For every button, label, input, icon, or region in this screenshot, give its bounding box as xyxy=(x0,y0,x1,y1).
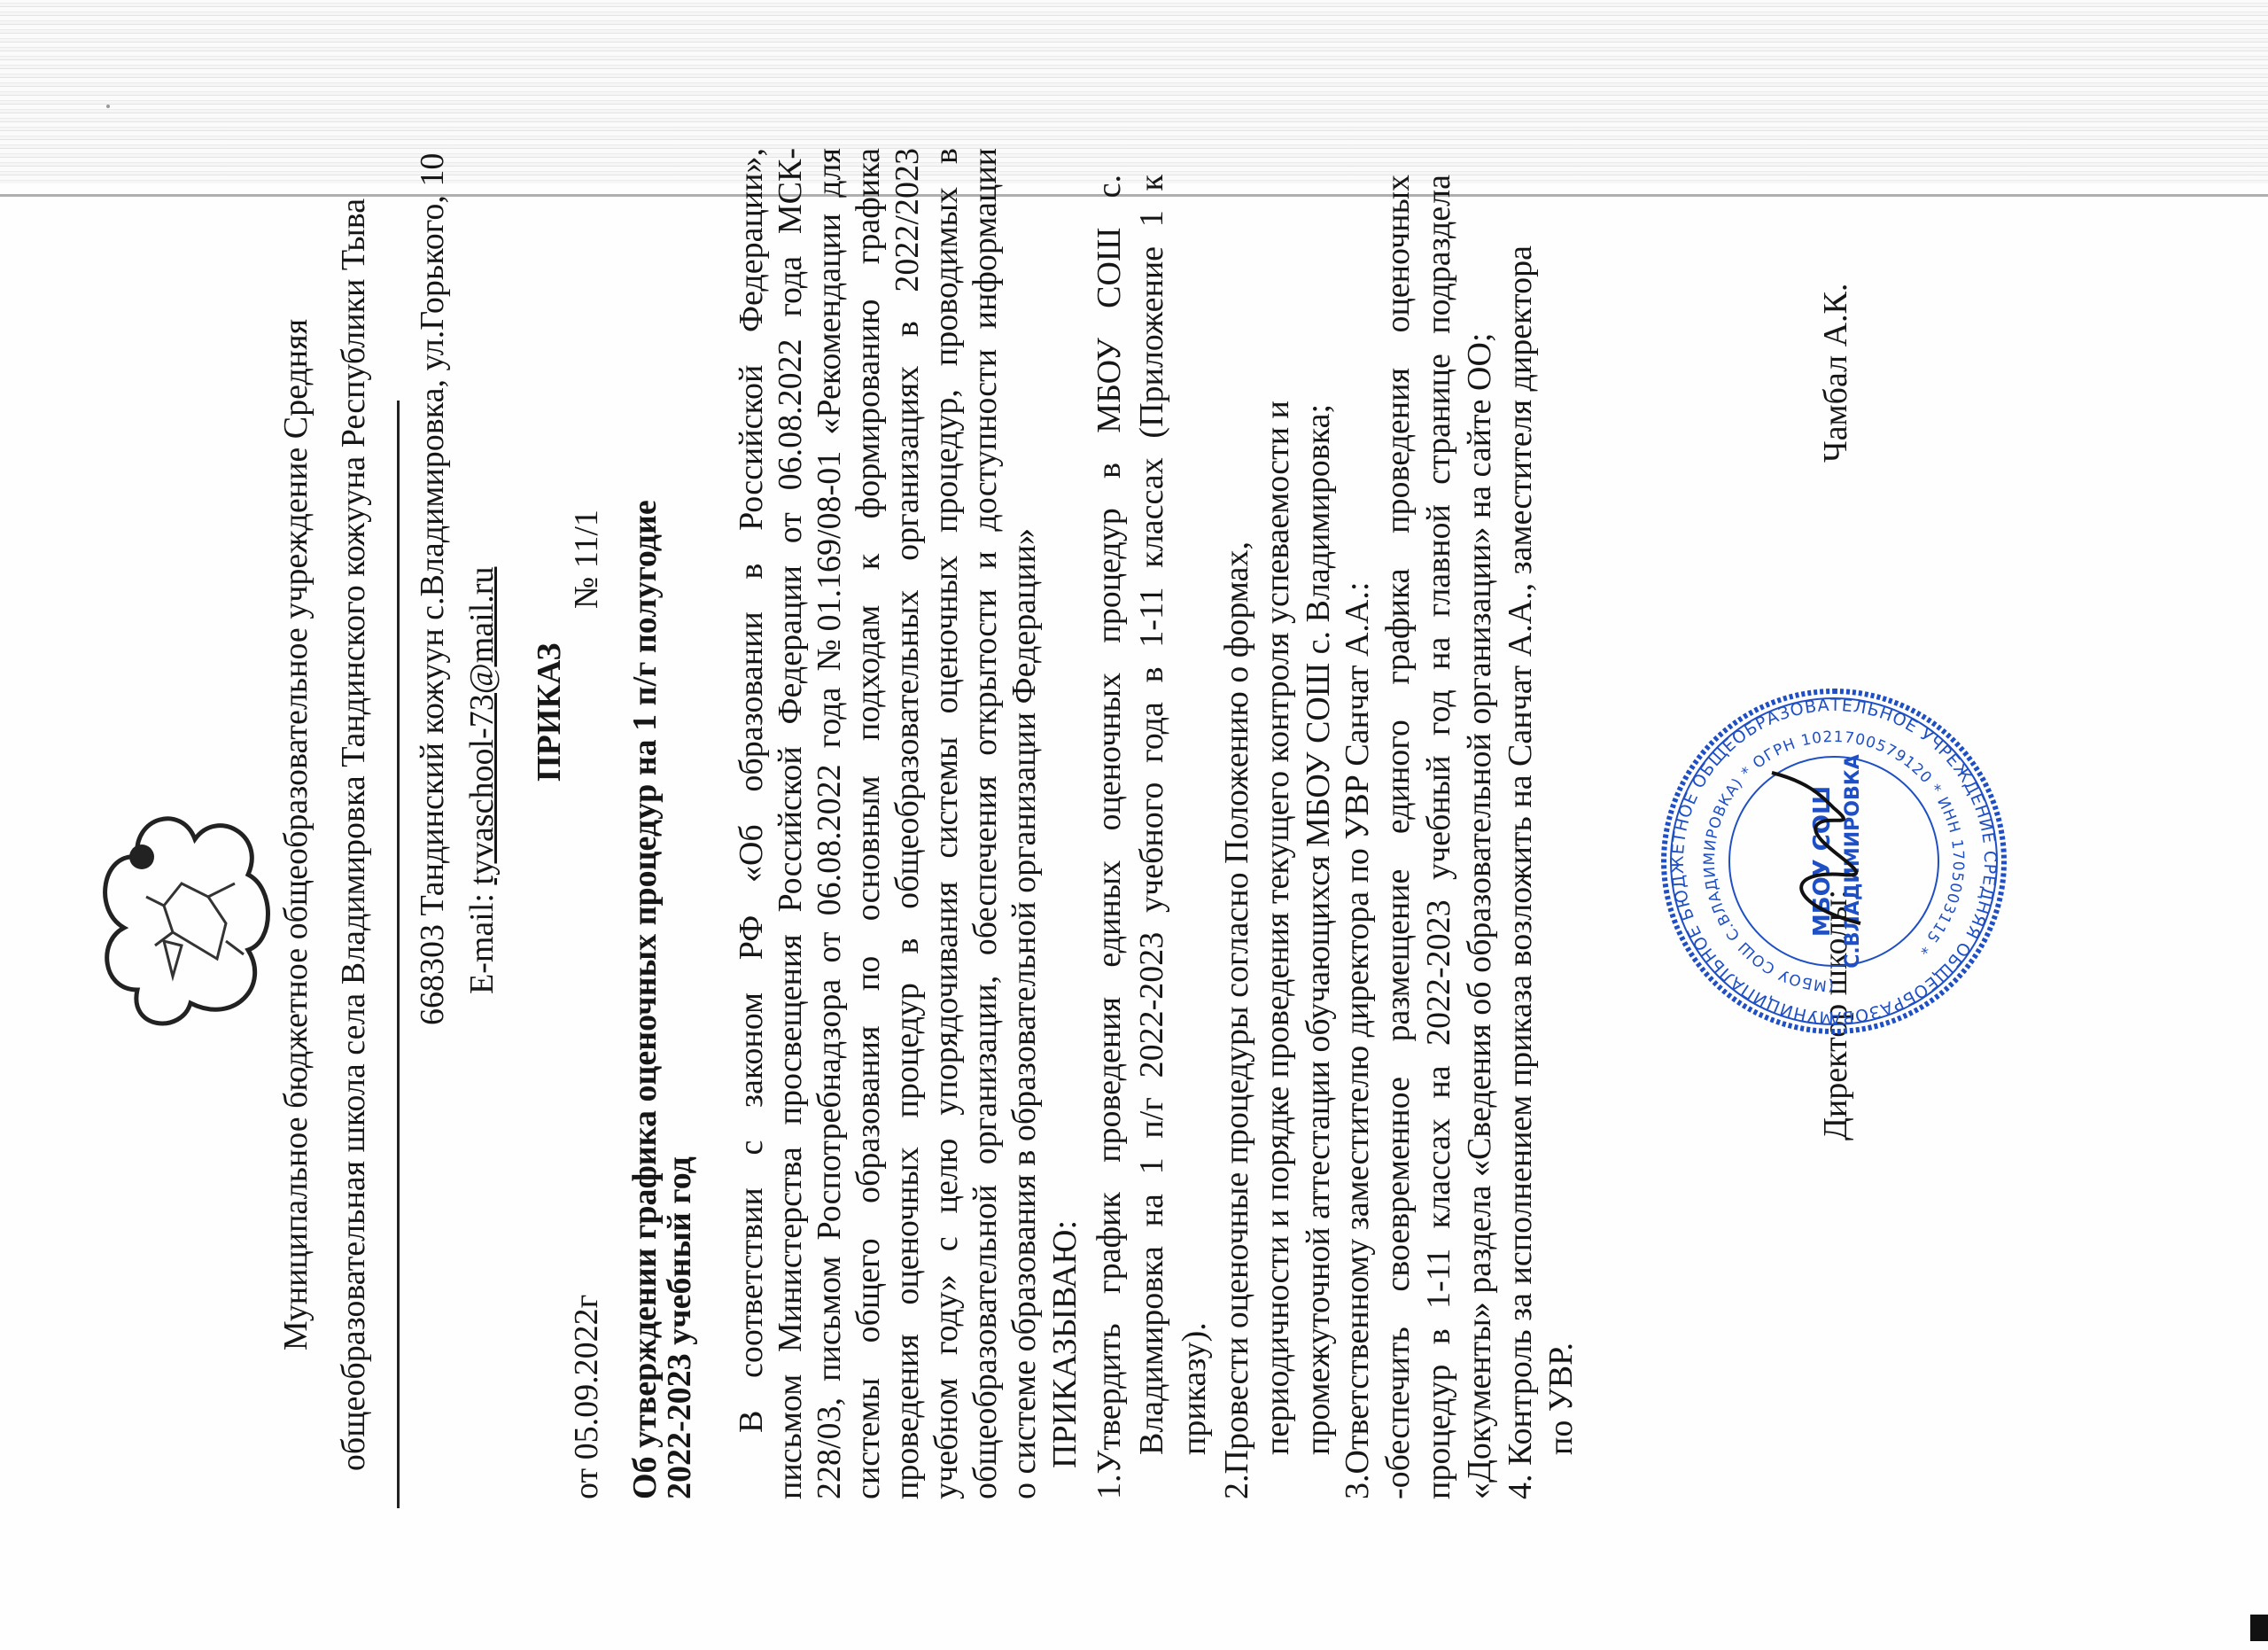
preamble-line: 228/03, письмом Роспотребнадзора от 06.0… xyxy=(810,148,849,1499)
order-date: от 05.09.2022г xyxy=(567,1295,606,1499)
preamble-line: учебном году» с целю упорядочивания сист… xyxy=(927,148,966,1499)
header-address: 668303 Тандинский кожуун с.Владимировка,… xyxy=(413,153,452,1025)
preamble-line: письмом Министерства просвещения Российс… xyxy=(771,148,810,1499)
order-item-line: 2.Провести оценочные процедуры согласно … xyxy=(1217,303,1256,1499)
order-item-line: «Документы» раздела «Сведения об образов… xyxy=(1460,333,1499,1499)
preamble-line: проведения оценочных процедур в общеобра… xyxy=(888,148,927,1499)
order-number: № 11/1 xyxy=(567,510,606,609)
scan-edge-noise xyxy=(0,0,2268,183)
preamble-line: общеобразовательной организации, обеспеч… xyxy=(966,148,1005,1499)
order-item-line: по УВР. xyxy=(1542,1343,1581,1455)
preamble-line: В соответствии с законом РФ «Об образова… xyxy=(732,148,771,1433)
preamble-line: о системе образования в образовательной … xyxy=(1005,528,1044,1499)
order-word: ПРИКАЗЫВАЮ: xyxy=(1045,1220,1084,1468)
header-email-row: E-mail: tyvaschool-73@mail.ru xyxy=(462,567,501,994)
order-item-line: промежуточной аттестации обучающихся МБО… xyxy=(1299,404,1338,1455)
header-institution-line1: Муниципальное бюджетное общеобразователь… xyxy=(276,161,315,1508)
school-emblem-icon xyxy=(93,799,270,1039)
order-item-line: 1.Утвердить график проведения единых оце… xyxy=(1090,175,1129,1499)
email-label: E-mail: xyxy=(463,885,501,994)
order-item-line: периодичности и порядке проведения текущ… xyxy=(1258,401,1297,1455)
official-stamp: МУНИЦИПАЛЬНОЕ БЮДЖЕТНОЕ ОБЩЕОБРАЗОВАТЕЛЬ… xyxy=(1657,684,2011,1039)
preamble-line: системы общего образования по основным п… xyxy=(849,148,888,1499)
order-item-line: Владимировка на 1 п/г 2022-2023 учебного… xyxy=(1132,175,1171,1455)
header-divider xyxy=(397,401,400,1508)
scan-speck xyxy=(106,105,110,108)
signature-name: Чамбал А.К. xyxy=(1816,284,1855,463)
order-title-line2: 2022-2023 учебный год xyxy=(660,1156,699,1499)
email-link[interactable]: tyvaschool-73@mail.ru xyxy=(463,567,501,885)
scan-corner-mark xyxy=(2250,1615,2268,1641)
order-item-line: -обеспечить своевременное размещение еди… xyxy=(1379,175,1417,1499)
order-item-line: процедур в 1-11 классах на 2022-2023 уче… xyxy=(1419,175,1458,1499)
scanned-document-page: Муниципальное бюджетное общеобразователь… xyxy=(0,0,2268,1650)
header-institution-line2: общеобразовательная школа села Владимиро… xyxy=(334,161,373,1508)
order-heading: ПРИКАЗ xyxy=(530,643,569,782)
order-item-line: приказу). xyxy=(1175,1322,1214,1455)
order-item-line: 3.Ответственному заместителю директора п… xyxy=(1338,582,1377,1499)
order-title-line1: Об утверждении графика оценочных процеду… xyxy=(625,500,664,1499)
order-item-line: 4. Контроль за исполнением приказа возло… xyxy=(1501,245,1540,1499)
